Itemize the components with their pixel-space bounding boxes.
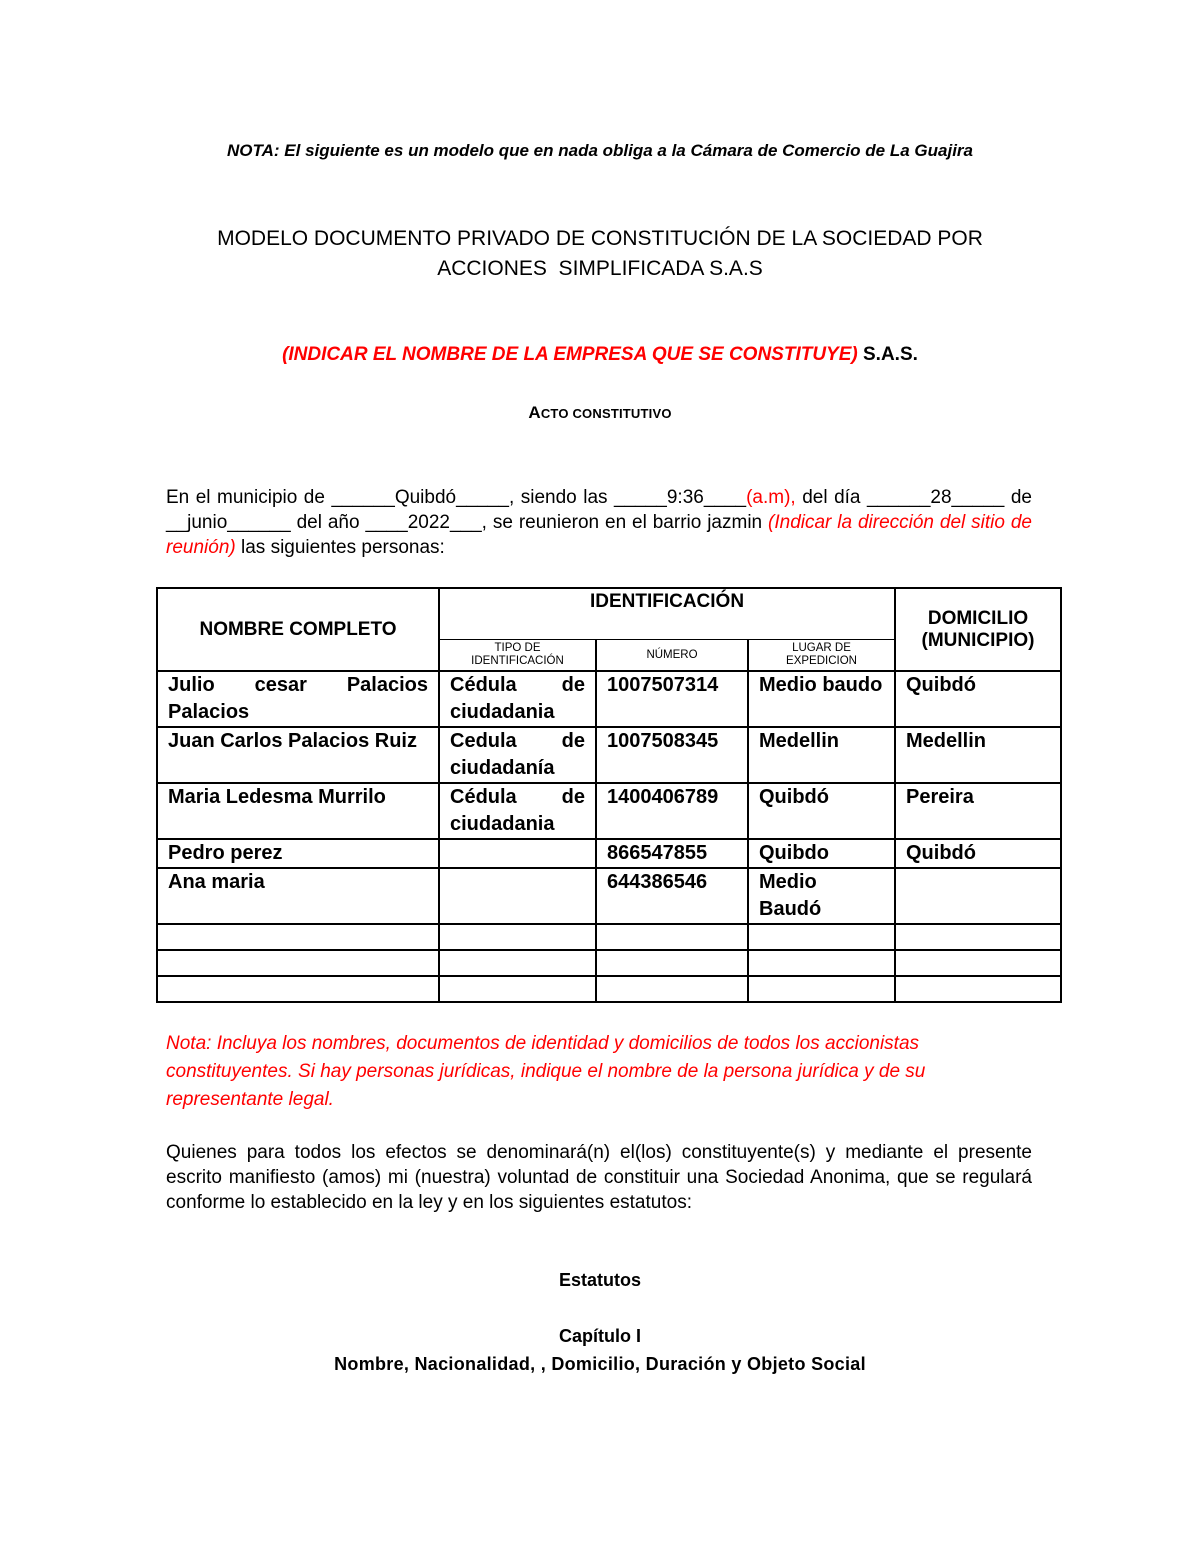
document-title: MODELO DOCUMENTO PRIVADO DE CONSTITUCIÓN… [0, 224, 1200, 284]
cell-lugar: Medio baudo [748, 671, 895, 727]
cell-domicilio: Pereira [895, 783, 1061, 839]
empty-cell [157, 924, 439, 950]
cell-nombre: Juan Carlos Palacios Ruiz [157, 727, 439, 783]
empty-cell [895, 950, 1061, 976]
shareholders-instruction-note: Nota: Incluya los nombres, documentos de… [166, 1030, 1036, 1114]
shareholders-table: NOMBRE COMPLETO IDENTIFICACIÓN DOMICILIO… [156, 587, 1062, 1003]
cell-tipo [439, 839, 596, 868]
header-domicilio-line1: DOMICILIO [906, 608, 1050, 630]
empty-cell [157, 976, 439, 1002]
cell-numero: 644386546 [596, 868, 748, 924]
header-lugar-line1: LUGAR DE [753, 642, 890, 655]
empty-cell [596, 950, 748, 976]
header-lugar-line2: EXPEDICION [753, 655, 890, 668]
empty-cell [596, 924, 748, 950]
empty-cell [596, 976, 748, 1002]
chapter-subtitle: Nombre, Nacionalidad, , Domicilio, Durac… [0, 1354, 1200, 1375]
table-row: Juan Carlos Palacios RuizCedula de ciuda… [157, 727, 1061, 783]
acto-rest: CTO CONSTITUTIVO [541, 406, 672, 421]
empty-cell [748, 950, 895, 976]
cell-lugar: Quibdo [748, 839, 895, 868]
empty-cell [439, 950, 596, 976]
table-row: Pedro perez866547855QuibdoQuibdó [157, 839, 1061, 868]
header-numero: NÚMERO [596, 640, 748, 672]
cell-domicilio: Medellin [895, 727, 1061, 783]
empty-cell [895, 976, 1061, 1002]
empty-table-row [157, 976, 1061, 1002]
disclaimer-note: NOTA: El siguiente es un modelo que en n… [0, 141, 1200, 161]
company-name: (INDICAR EL NOMBRE DE LA EMPRESA QUE SE … [0, 344, 1200, 366]
cell-numero: 1400406789 [596, 783, 748, 839]
cell-domicilio: Quibdó [895, 839, 1061, 868]
intro-am: (a.m), [746, 487, 796, 508]
cell-tipo [439, 868, 596, 924]
empty-cell [748, 976, 895, 1002]
cell-numero: 866547855 [596, 839, 748, 868]
acto-first-letter: A [528, 403, 540, 422]
cell-nombre: Julio cesar Palacios Palacios [157, 671, 439, 727]
empty-table-row [157, 924, 1061, 950]
header-domicilio: DOMICILIO(MUNICIPIO) [895, 588, 1061, 671]
intro-paragraph: En el municipio de ______Quibdó_____, si… [166, 485, 1032, 560]
acto-constitutivo-heading: ACTO CONSTITUTIVO [0, 403, 1200, 423]
cell-nombre: Pedro perez [157, 839, 439, 868]
header-identificacion: IDENTIFICACIÓN [439, 588, 895, 640]
company-name-placeholder: (INDICAR EL NOMBRE DE LA EMPRESA QUE SE … [282, 344, 858, 365]
header-nombre-completo: NOMBRE COMPLETO [157, 588, 439, 671]
company-suffix: S.A.S. [858, 344, 918, 365]
estatutos-heading: Estatutos [0, 1270, 1200, 1291]
header-tipo-line1: TIPO DE [444, 642, 591, 655]
empty-cell [439, 976, 596, 1002]
cell-tipo: Cédula de ciudadania [439, 783, 596, 839]
chapter-heading: Capítulo I [0, 1326, 1200, 1347]
empty-table-row [157, 950, 1061, 976]
title-line-1: MODELO DOCUMENTO PRIVADO DE CONSTITUCIÓN… [0, 224, 1200, 254]
empty-cell [157, 950, 439, 976]
cell-domicilio [895, 868, 1061, 924]
cell-numero: 1007507314 [596, 671, 748, 727]
cell-numero: 1007508345 [596, 727, 748, 783]
cell-tipo: Cédula de ciudadania [439, 671, 596, 727]
cell-tipo: Cedula de ciudadanía [439, 727, 596, 783]
table-row: Julio cesar Palacios PalaciosCédula de c… [157, 671, 1061, 727]
cell-lugar: Medio Baudó [748, 868, 895, 924]
cell-domicilio: Quibdó [895, 671, 1061, 727]
header-lugar: LUGAR DEEXPEDICION [748, 640, 895, 672]
header-tipo-line2: IDENTIFICACIÓN [444, 655, 591, 668]
header-domicilio-line2: (MUNICIPIO) [906, 630, 1050, 652]
empty-cell [439, 924, 596, 950]
header-tipo: TIPO DEIDENTIFICACIÓN [439, 640, 596, 672]
intro-text-1: En el municipio de ______Quibdó_____, si… [166, 487, 746, 508]
title-line-2: ACCIONES SIMPLIFICADA S.A.S [0, 254, 1200, 284]
intro-text-3: las siguientes personas: [236, 537, 445, 558]
quienes-paragraph: Quienes para todos los efectos se denomi… [166, 1140, 1032, 1215]
cell-lugar: Medellin [748, 727, 895, 783]
table-row: Maria Ledesma MurriloCédula de ciudadani… [157, 783, 1061, 839]
empty-cell [895, 924, 1061, 950]
table-row: Ana maria644386546Medio Baudó [157, 868, 1061, 924]
cell-lugar: Quibdó [748, 783, 895, 839]
cell-nombre: Maria Ledesma Murrilo [157, 783, 439, 839]
empty-cell [748, 924, 895, 950]
cell-nombre: Ana maria [157, 868, 439, 924]
